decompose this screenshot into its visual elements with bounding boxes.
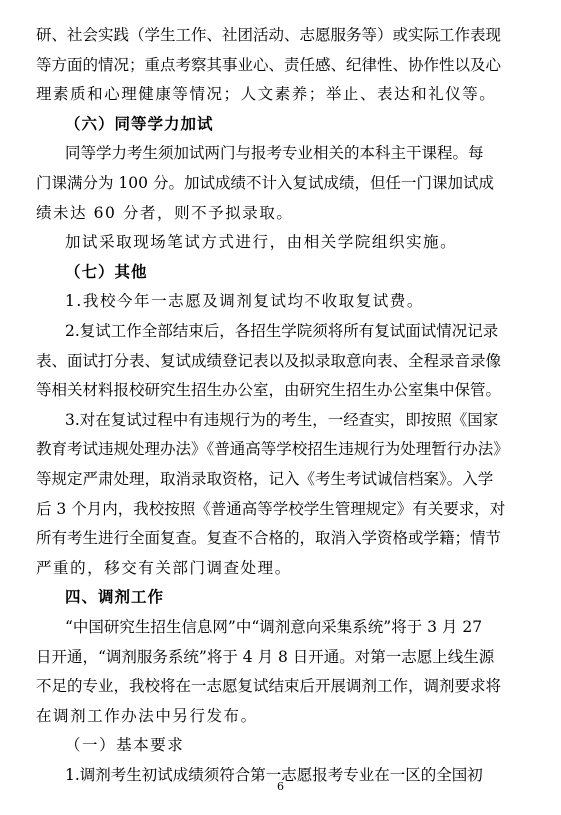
text-line: 后 3 个月内，我校按照《普通高等学校学生管理规定》有关要求，对: [36, 499, 473, 519]
text-line: 1.我校今年一志愿及调剂复试均不收取复试费。: [65, 291, 473, 311]
text-line: 日开通，“调剂服务系统”将于 4 月 8 日开通。对第一志愿上线生源: [36, 647, 473, 667]
text-line: 教育考试违规处理办法》《普通高等学校招生违规行为处理暂行办法》: [36, 439, 473, 459]
text-line: 表、面试打分表、复试成绩登记表以及拟录取意向表、全程录音录像: [36, 351, 473, 371]
text-line: 门课满分为 100 分。加试成绩不计入复试成绩，但任一门课加试成: [36, 173, 473, 193]
text-line: “中国研究生招生信息网”中“调剂意向采集系统”将于 3 月 27: [65, 617, 473, 637]
text-line: 等相关材料报校研究生招生办公室，由研究生招生办公室集中保管。: [36, 380, 473, 400]
page-number: 6: [0, 780, 561, 793]
section-heading: （六）同等学力加试: [65, 114, 473, 134]
text-line: 理素质和心理健康等情况；人文素养；举止、表达和礼仪等。: [36, 84, 473, 104]
text-line: 所有考生进行全面复查。复查不合格的，取消入学资格或学籍；情节: [36, 528, 473, 548]
section-heading: 四、调剂工作: [65, 587, 473, 607]
text-line: 在调剂工作办法中另行发布。: [36, 706, 473, 726]
text-line: 研、社会实践（学生工作、社团活动、志愿服务等）或实际工作表现: [36, 25, 473, 45]
text-line: 加试采取现场笔试方式进行，由相关学院组织实施。: [65, 232, 473, 252]
section-heading: （七）其他: [65, 262, 473, 282]
text-line: （一）基本要求: [65, 735, 473, 755]
document-page: 研、社会实践（学生工作、社团活动、志愿服务等）或实际工作表现等方面的情况；重点考…: [0, 0, 561, 815]
text-line: 不足的专业，我校将在一志愿复试结束后开展调剂工作，调剂要求将: [36, 676, 473, 696]
text-line: 同等学力考生须加试两门与报考专业相关的本科主干课程。每: [65, 143, 473, 163]
text-line: 2.复试工作全部结束后，各招生学院须将所有复试面试情况记录: [65, 321, 473, 341]
text-line: 等方面的情况；重点考察其事业心、责任感、纪律性、协作性以及心: [36, 55, 473, 75]
text-line: 3.对在复试过程中有违规行为的考生，一经查实，即按照《国家: [65, 410, 473, 430]
text-line: 绩未达 60 分者，则不予拟录取。: [36, 203, 473, 223]
text-line: 等规定严肃处理，取消录取资格，记入《考生考试诚信档案》。入学: [36, 469, 473, 489]
text-line: 严重的，移交有关部门调查处理。: [36, 558, 473, 578]
